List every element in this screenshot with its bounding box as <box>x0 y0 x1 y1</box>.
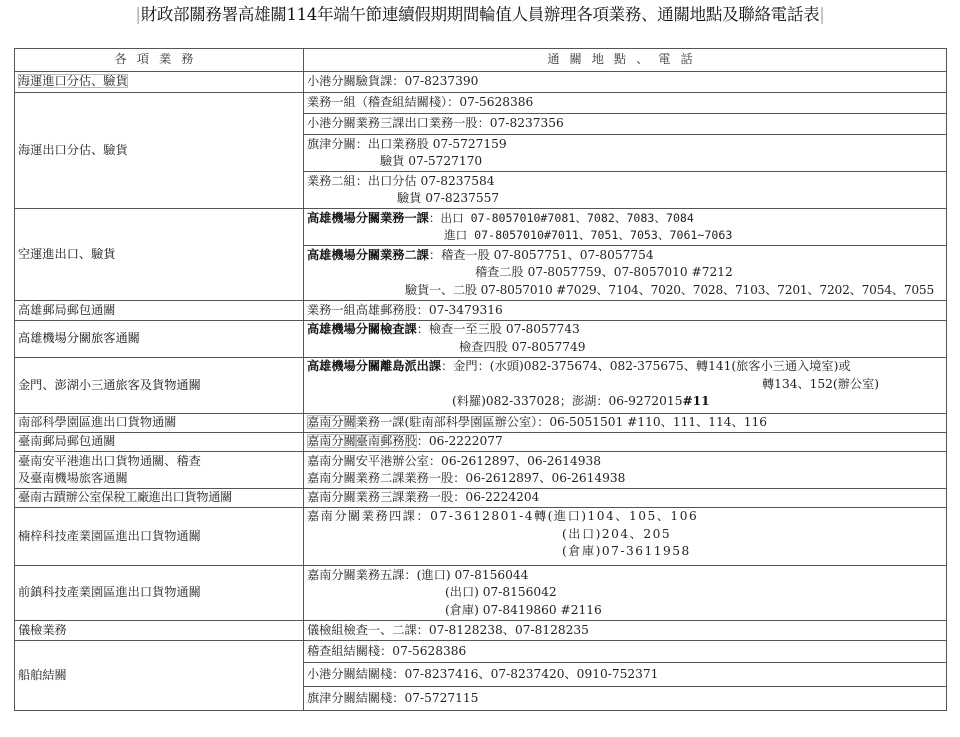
contact-cell: 嘉南分關業務三課業務一股：06-2224204 <box>304 489 947 508</box>
text-cursor-right: | <box>819 5 824 24</box>
task-cell: 楠梓科技產業園區進出口貨物通關 <box>15 508 304 566</box>
table-row: 高雄郵局郵包通關 業務一組高雄郵務股：07-3479316 <box>15 301 947 321</box>
contact-cell: 小港分關業務三課出口業務一股：07-8237356 <box>304 114 947 135</box>
contact-cell: 旗津分關結關棧：07-5727115 <box>304 687 947 711</box>
task-cell: 海運出口分估、驗貨 <box>15 93 304 209</box>
contact-cell: 稽查組結關棧：07-5628386 <box>304 641 947 663</box>
task-cell: 臺南古蹟辦公室保稅工廠進出口貨物通關 <box>15 489 304 508</box>
task-cell: 儀檢業務 <box>15 621 304 641</box>
contact-cell: 高雄機場分關檢查課：檢查一至三股 07-8057743 檢查四股 07-8057… <box>304 321 947 358</box>
contact-cell: 業務一組高雄郵務股：07-3479316 <box>304 301 947 321</box>
contact-cell: 小港分關結關棧：07-8237416、07-8237420、0910-75237… <box>304 663 947 687</box>
table-header-row: 各項業務 通關地點、電話 <box>15 49 947 72</box>
contact-cell: 高雄機場分關業務二課：稽查一股 07-8057751、07-8057754 稽查… <box>304 246 947 301</box>
task-cell: 金門、澎湖小三通旅客及貨物通關 <box>15 358 304 414</box>
contact-cell: 儀檢組檢查一、二課：07-8128238、07-8128235 <box>304 621 947 641</box>
header-location-phone: 通關地點、電話 <box>304 49 947 72</box>
contact-cell: 嘉南分關業務一課(駐南部科學園區辦公室）：06-5051501 #110、111… <box>304 414 947 433</box>
contact-cell: 嘉南分關業務五課：(進口) 07-8156044 (出口) 07-8156042… <box>304 566 947 621</box>
table-row: 臺南郵局郵包通關 嘉南分關臺南郵務股：06-2222077 <box>15 433 947 452</box>
table-row: 臺南安平港進出口貨物通關、稽查 及臺南機場旅客通關 嘉南分關安平港辦公室：06-… <box>15 452 947 489</box>
table-row: 前鎮科技產業園區進出口貨物通關 嘉南分關業務五課：(進口) 07-8156044… <box>15 566 947 621</box>
table-row: 海運出口分估、驗貨 業務一組（稽查組結關棧）：07-5628386 <box>15 93 947 114</box>
contact-cell: 業務二組：出口分估 07-8237584 驗貨 07-8237557 <box>304 172 947 209</box>
task-cell: 空運進出口、驗貨 <box>15 209 304 301</box>
table-row: 臺南古蹟辦公室保稅工廠進出口貨物通關 嘉南分關業務三課業務一股：06-22242… <box>15 489 947 508</box>
contact-cell: 嘉南分關臺南郵務股：06-2222077 <box>304 433 947 452</box>
task-cell: 臺南安平港進出口貨物通關、稽查 及臺南機場旅客通關 <box>15 452 304 489</box>
task-cell: 臺南郵局郵包通關 <box>15 433 304 452</box>
table-row: 儀檢業務 儀檢組檢查一、二課：07-8128238、07-8128235 <box>15 621 947 641</box>
task-cell: 海運進口分估、驗貨 <box>15 72 304 93</box>
task-cell: 高雄機場分關旅客通關 <box>15 321 304 358</box>
table-row: 船舶結關 稽查組結關棧：07-5628386 <box>15 641 947 663</box>
header-tasks: 各項業務 <box>15 49 304 72</box>
task-cell: 船舶結關 <box>15 641 304 711</box>
task-cell: 南部科學園區進出口貨物通關 <box>15 414 304 433</box>
task-cell: 高雄郵局郵包通關 <box>15 301 304 321</box>
contact-cell: 業務一組（稽查組結關棧）：07-5628386 <box>304 93 947 114</box>
contact-cell: 旗津分關：出口業務股 07-5727159 驗貨 07-5727170 <box>304 135 947 172</box>
contact-cell: 高雄機場分關離島派出課：金門：(水頭)082-375674、082-375675… <box>304 358 947 414</box>
table-row: 空運進出口、驗貨 高雄機場分關業務一課：出口 07-8057010#7081、7… <box>15 209 947 246</box>
contact-cell: 嘉南分關安平港辦公室：06-2612897、06-2614938 嘉南分關業務二… <box>304 452 947 489</box>
table-row: 金門、澎湖小三通旅客及貨物通關 高雄機場分關離島派出課：金門：(水頭)082-3… <box>15 358 947 414</box>
contact-cell: 嘉南分關業務四課：07-3612801-4轉(進口)104、105、106 (出… <box>304 508 947 566</box>
contact-cell: 小港分關驗貨課：07-8237390 <box>304 72 947 93</box>
table-row: 高雄機場分關旅客通關 高雄機場分關檢查課：檢查一至三股 07-8057743 檢… <box>15 321 947 358</box>
contact-table: 各項業務 通關地點、電話 海運進口分估、驗貨 小港分關驗貨課：07-823739… <box>14 48 947 711</box>
table-row: 海運進口分估、驗貨 小港分關驗貨課：07-8237390 <box>15 72 947 93</box>
task-cell: 前鎮科技產業園區進出口貨物通關 <box>15 566 304 621</box>
table-row: 南部科學園區進出口貨物通關 嘉南分關業務一課(駐南部科學園區辦公室）：06-50… <box>15 414 947 433</box>
table-row: 楠梓科技產業園區進出口貨物通關 嘉南分關業務四課：07-3612801-4轉(進… <box>15 508 947 566</box>
document-title: |財政部關務署高雄關114年端午節連續假期期間輪值人員辦理各項業務、通關地點及聯… <box>0 4 960 26</box>
contact-cell: 高雄機場分關業務一課：出口 07-8057010#7081、7082、7083、… <box>304 209 947 246</box>
